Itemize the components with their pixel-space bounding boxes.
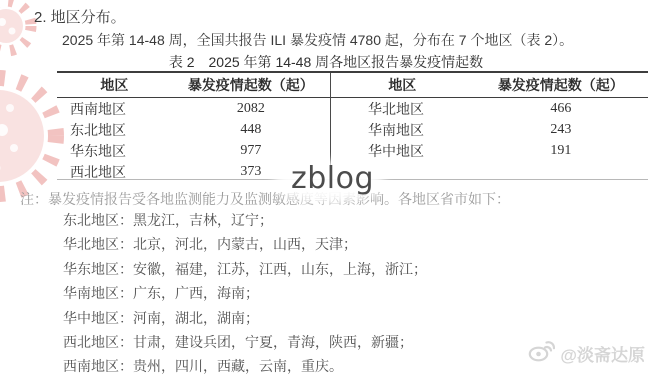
column-header-region: 地区 xyxy=(331,75,474,95)
region-cell: 华南地区 xyxy=(331,120,474,140)
outbreak-table-right: 地区 暴发疫情起数（起） 华北地区 466 华南地区 243 华中地区 191 xyxy=(330,73,648,179)
column-header-count: 暴发疫情起数（起） xyxy=(474,75,648,95)
zblog-watermark: zblog xyxy=(291,161,374,196)
table-header-row: 地区 暴发疫情起数（起） xyxy=(331,73,648,98)
table-row: 华中地区 191 xyxy=(331,140,648,161)
count-cell: 243 xyxy=(474,122,648,138)
region-cell: 东北地区 xyxy=(57,120,172,140)
weibo-handle: @淡斋达原 xyxy=(560,341,645,366)
column-header-count: 暴发疫情起数（起） xyxy=(172,75,330,95)
body-paragraph: 2025 年第 14-48 周，全国共报告 ILI 暴发疫情 4780 起，分布… xyxy=(62,30,573,50)
list-item: 华南地区：广东，广西，海南； xyxy=(63,283,427,307)
region-province-list: 东北地区：黑龙江，吉林，辽宁； 华北地区：北京，河北，内蒙古，山西，天津； 华东… xyxy=(63,210,427,374)
weibo-watermark: @淡斋达原 xyxy=(528,339,645,367)
list-item: 华中地区：河南，湖北，湖南； xyxy=(63,308,427,332)
footnote-label: 注： xyxy=(20,191,48,207)
count-cell: 2082 xyxy=(172,101,330,117)
table-header-row: 地区 暴发疫情起数（起） xyxy=(57,73,330,98)
region-cell: 华中地区 xyxy=(331,141,474,161)
count-cell: 191 xyxy=(474,143,648,159)
table-row: 华东地区 977 xyxy=(57,140,330,161)
region-cell: 西南地区 xyxy=(57,99,172,119)
zblog-watermark-text: zblog xyxy=(291,161,374,196)
count-cell: 977 xyxy=(172,143,330,159)
list-item: 华东地区：安徽，福建，江苏，江西，山东，上海，浙江； xyxy=(63,259,427,283)
region-cell: 西北地区 xyxy=(57,162,172,182)
document-page: 2. 地区分布。 2025 年第 14-48 周，全国共报告 ILI 暴发疫情 … xyxy=(0,0,655,374)
table-row: 东北地区 448 xyxy=(57,119,330,140)
footnote: 注：暴发疫情报告受各地监测能力及监测敏感度等因素影响。各地区省市如下： xyxy=(20,189,510,209)
outbreak-table-left: 地区 暴发疫情起数（起） 西南地区 2082 东北地区 448 华东地区 977… xyxy=(57,73,330,179)
list-item: 华北地区：北京，河北，内蒙古，山西，天津； xyxy=(63,234,427,258)
count-cell: 448 xyxy=(172,122,330,138)
column-header-region: 地区 xyxy=(57,75,172,95)
list-item: 西北地区：甘肃，建设兵团，宁夏，青海，陕西，新疆； xyxy=(63,332,427,356)
list-item: 东北地区：黑龙江，吉林，辽宁； xyxy=(63,210,427,234)
footnote-text: 暴发疫情报告受各地监测能力及监测敏感度等因素影响。各地区省市如下： xyxy=(48,191,510,207)
table-row: 西南地区 2082 xyxy=(57,98,330,119)
table-row: 华北地区 466 xyxy=(331,98,648,119)
count-cell: 466 xyxy=(474,101,648,117)
region-cell: 华东地区 xyxy=(57,141,172,161)
table-caption: 表 2 2025 年第 14-48 周各地区报告暴发疫情起数 xyxy=(30,52,622,72)
weibo-icon xyxy=(528,339,555,367)
list-item: 西南地区：贵州，四川，西藏，云南，重庆。 xyxy=(63,356,427,374)
table-row: 华南地区 243 xyxy=(331,119,648,140)
section-title: 2. 地区分布。 xyxy=(34,6,126,27)
region-cell: 华北地区 xyxy=(331,99,474,119)
